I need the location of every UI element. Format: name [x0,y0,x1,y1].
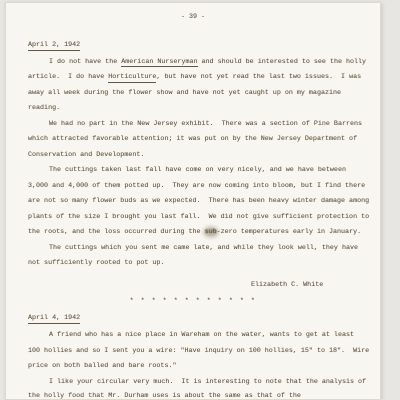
text-segment: article. I do have [28,73,108,81]
text-line: I do not have the American Nurseryman an… [49,58,366,67]
document-page: - 39 - April 2, 1942I do not have the Am… [5,2,381,400]
text-line: away all week during the flower show and… [28,89,341,98]
scan-background: - 39 - April 2, 1942I do not have the Am… [0,0,400,400]
text-segment: the roots, and the loss occurred during … [28,228,205,236]
text-segment: plants of the size I brought you last fa… [28,213,369,221]
text-segment: I do not have the [49,58,121,66]
text-line: 3,000 and 4,000 of them potted up. They … [28,182,365,191]
text-line: which attracted favorable attention; it … [28,135,357,144]
signature: Elizabeth C. White [251,281,323,290]
text-line: the roots, and the loss occurred during … [28,228,361,237]
text-segment: -zero temperatures early in January. [217,228,361,236]
text-segment: 100 hollies and so I sent you a wire: "H… [28,347,369,355]
text-line: article. I do have Horticulture, but hav… [28,73,361,82]
text-line: reading. [28,104,60,113]
text-line: The cuttings taken last fall have come o… [49,166,346,175]
text-segment: not sufficiently rooted to pot up. [28,259,164,267]
underlined-title: American Nurseryman [121,58,197,68]
text-line: not sufficiently rooted to pot up. [28,259,164,268]
text-line: price on both balled and bare roots." [28,362,177,371]
entry-date-heading: April 2, 1942 [28,41,80,50]
text-line: We had no part in the New Jersey exhibit… [49,120,362,129]
underlined-title: Horticulture [108,73,156,83]
text-segment: 3,000 and 4,000 of them potted up. They … [28,182,365,190]
text-segment: are not so many flower buds as we expect… [28,197,369,205]
text-segment: price on both balled and bare roots." [28,362,177,370]
text-segment: April 2, 1942 [28,41,80,51]
text-segment: the holly food that Mr. Durham uses is a… [28,392,301,400]
text-segment: The cuttings taken last fall have come o… [49,166,346,174]
text-line: The cuttings which you sent me came late… [49,244,358,253]
text-segment: , but have not yet read the last two iss… [156,73,361,81]
text-line: A friend who has a nice place in Wareham… [49,331,354,340]
text-segment: A friend who has a nice place in Wareham… [49,331,354,339]
text-segment: I like your circular very much. It is in… [49,378,366,386]
text-segment: We had no part in the New Jersey exhibit… [49,120,362,128]
text-segment: April 4, 1942 [28,314,80,324]
text-segment: Conservation and Development. [28,151,144,159]
text-segment: and should be interested to see the holl… [198,58,367,66]
page-number: - 39 - [6,13,380,22]
text-line: 100 hollies and so I sent you a wire: "H… [28,347,369,356]
entry-date-heading: April 4, 1942 [28,314,80,323]
text-segment: The cuttings which you sent me came late… [49,244,358,252]
text-line: plants of the size I brought you last fa… [28,213,369,222]
text-line: I like your circular very much. It is in… [49,378,366,387]
text-segment: away all week during the flower show and… [28,89,341,97]
asterisk-separator: * * * * * * * * * * * * [6,297,380,306]
text-line: Conservation and Development. [28,151,144,160]
text-segment: which attracted favorable attention; it … [28,135,357,143]
text-segment: * * * * * * * * * * * * [130,297,257,305]
text-line: the holly food that Mr. Durham uses is a… [28,392,301,400]
smudged-word: sub [205,228,217,236]
text-segment: Elizabeth C. White [251,281,323,289]
text-segment: reading. [28,104,60,112]
text-line: are not so many flower buds as we expect… [28,197,369,206]
